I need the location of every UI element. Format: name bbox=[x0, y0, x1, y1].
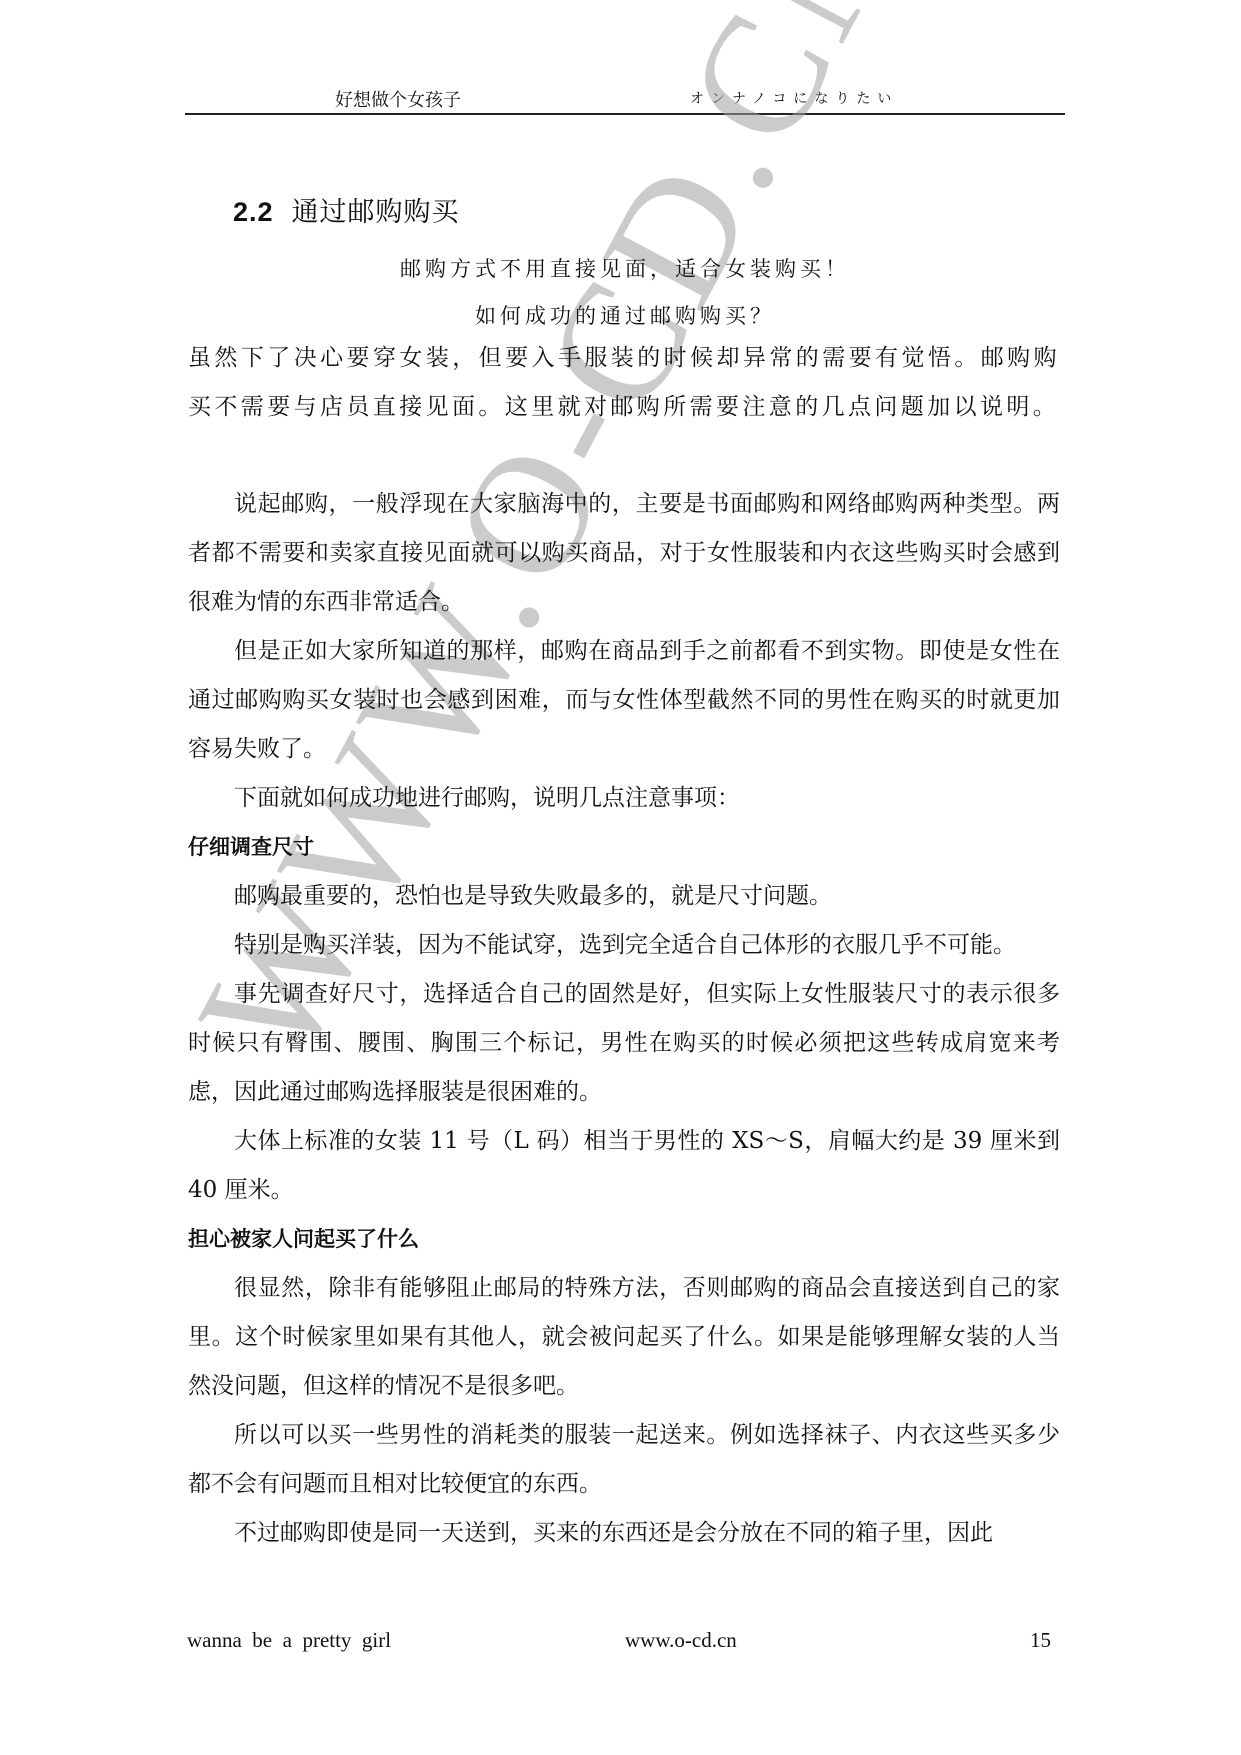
body-text: 虽然下了决心要穿女装，但要入手服装的时候却异常的需要有觉悟。邮购购买不需要与店员… bbox=[188, 374, 1060, 1558]
paragraph: 很显然，除非有能够阻止邮局的特殊方法，否则邮购的商品会直接送到自己的家里。这个时… bbox=[188, 1264, 1060, 1411]
section-title: 通过邮购购买 bbox=[292, 197, 460, 227]
lead-line-1: 邮购方式不用直接见面，适合女装购买！ bbox=[185, 253, 1065, 283]
paragraph: 说起邮购，一般浮现在大家脑海中的，主要是书面邮购和网络邮购两种类型。两者都不需要… bbox=[188, 480, 1060, 627]
paragraph-gap bbox=[188, 432, 1060, 480]
paragraph: 特别是购买洋装，因为不能试穿，选到完全适合自己体形的衣服几乎不可能。 bbox=[188, 921, 1060, 970]
header-divider bbox=[185, 113, 1065, 115]
header-title-chinese: 好想做个女孩子 bbox=[335, 86, 461, 112]
section-heading: 2.2通过邮购购买 bbox=[233, 190, 460, 229]
paragraph: 不过邮购即使是同一天送到，买来的东西还是会分放在不同的箱子里，因此 bbox=[188, 1509, 1060, 1558]
intro-paragraph: 虽然下了决心要穿女装，但要入手服装的时候却异常的需要有觉悟。邮购购买不需要与店员… bbox=[188, 334, 1060, 432]
paragraph: 所以可以买一些男性的消耗类的服装一起送来。例如选择袜子、内衣这些买多少都不会有问… bbox=[188, 1411, 1060, 1509]
header-title-japanese: オンナノコになりたい bbox=[690, 88, 898, 108]
paragraph: 大体上标准的女装 11 号（L 码）相当于男性的 XS～S，肩幅大约是 39 厘… bbox=[188, 1117, 1060, 1215]
subsection-heading: 担心被家人问起买了什么 bbox=[188, 1215, 1060, 1264]
paragraph: 下面就如何成功地进行邮购，说明几点注意事项： bbox=[188, 774, 1060, 823]
footer-slogan: wanna be a pretty girl bbox=[187, 1628, 391, 1653]
running-header: 好想做个女孩子 オンナノコになりたい bbox=[185, 86, 1065, 116]
section-number: 2.2 bbox=[233, 197, 274, 227]
paragraph: 事先调查好尺寸，选择适合自己的固然是好，但实际上女性服装尺寸的表示很多时候只有臀… bbox=[188, 970, 1060, 1117]
paragraph: 但是正如大家所知道的那样，邮购在商品到手之前都看不到实物。即使是女性在通过邮购购… bbox=[188, 627, 1060, 774]
paragraph: 邮购最重要的，恐怕也是导致失败最多的，就是尺寸问题。 bbox=[188, 872, 1060, 921]
subsection-heading: 仔细调查尺寸 bbox=[188, 823, 1060, 872]
lead-line-2: 如何成功的通过邮购购买？ bbox=[185, 300, 1065, 330]
page-number: 15 bbox=[1030, 1628, 1051, 1653]
footer-url: www.o-cd.cn bbox=[625, 1628, 737, 1653]
